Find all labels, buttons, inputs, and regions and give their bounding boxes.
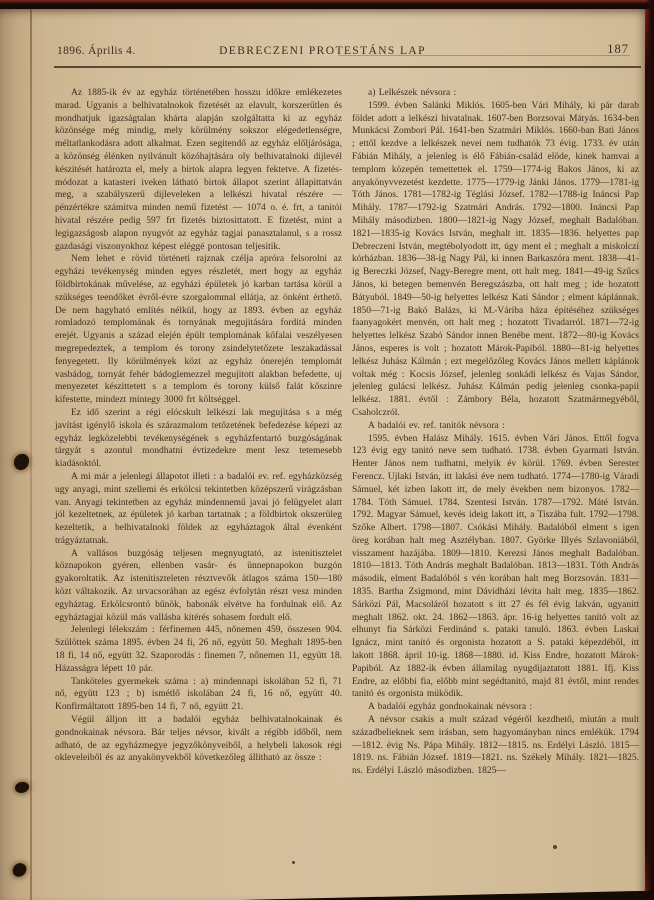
paragraph: Tanköteles gyermekek száma : a) mindenna… [55, 676, 342, 714]
paragraph: Nem lehet e rövid történeti rajznak czél… [55, 253, 342, 407]
binding-hole [15, 782, 29, 793]
section-heading: A badalói egyház gondnokainak névsora : [352, 701, 639, 714]
paragraph: A mi már a jelenlegi állapotot illeti : … [55, 471, 342, 548]
scanned-newspaper-page: { "colors": { "paper": "#d2bc99", "frame… [0, 0, 654, 900]
right-column: a) Lelkészek névsora : 1599. évben Salán… [352, 87, 639, 778]
page: 1896. Április 4. DEBRECZENI PROTESTÁNS L… [0, 9, 645, 900]
ink-speck [292, 861, 295, 864]
section-heading: A badalói ev. ref. tanitók névsora : [352, 420, 639, 433]
scan-edge-right [646, 0, 654, 900]
header-rule [54, 66, 641, 68]
binding-hole [11, 861, 28, 879]
header-rule-faint [338, 55, 630, 56]
left-column: Az 1885-ik év az egyház történetében hos… [55, 87, 342, 778]
paragraph: Végül álljon itt a badalói egyház belhiv… [55, 714, 342, 765]
paragraph: 1599. évben Salánki Miklós. 1605-ben Vár… [352, 100, 639, 420]
scan-edge-top [0, 0, 654, 9]
article-body: Az 1885-ik év az egyház történetében hos… [55, 87, 639, 778]
paragraph: A névsor csakis a mult század végéről ke… [352, 714, 639, 778]
page-header: 1896. Április 4. DEBRECZENI PROTESTÁNS L… [0, 45, 645, 63]
gutter-crease [30, 9, 32, 900]
binding-hole [14, 454, 29, 470]
paragraph: A vallásos buzgóság teljesen megnyugtató… [55, 548, 342, 625]
paragraph: 1595. évben Halász Mihály. 1615. évben V… [352, 433, 639, 702]
issue-date: 1896. Április 4. [57, 45, 136, 57]
ink-speck [553, 845, 557, 849]
paragraph: Az 1885-ik év az egyház történetében hos… [55, 87, 342, 253]
paragraph: Ez idő szerint a régi elócskult lelkészi… [55, 407, 342, 471]
section-heading: a) Lelkészek névsora : [352, 87, 639, 100]
paragraph: Jelenlegi lélekszám : férfinemen 445, nő… [55, 624, 342, 675]
